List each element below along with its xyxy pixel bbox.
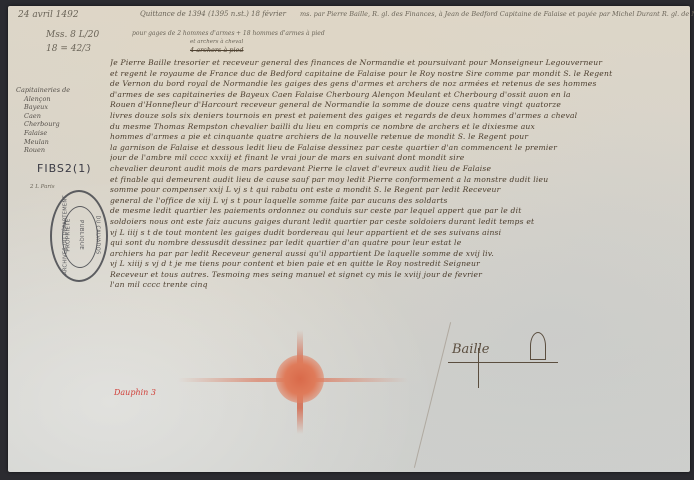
manuscript-line: archiers ha par par ledit Receveur gener… xyxy=(110,249,680,260)
manuscript-line: l'an mil cccc trente cinq xyxy=(110,280,680,291)
manuscript-line: de Vernon du bord royal de Normandie les… xyxy=(110,79,680,90)
signature-flourish xyxy=(448,362,558,363)
manuscript-line: Je Pierre Baille tresorier et receveur g… xyxy=(110,58,680,69)
manuscript-line: vj L xiiij s vj d t je me tiens pour con… xyxy=(110,259,680,270)
manuscript-line: livres douze sols six deniers tournois e… xyxy=(110,111,680,122)
shelf-mark-2: 18 = 42/3 xyxy=(46,44,91,54)
stamp-text-right: DU CALVADOS xyxy=(95,215,101,254)
margin-list-item: Cherbourg xyxy=(16,120,70,129)
signature-paraph xyxy=(530,332,546,360)
reference-annotation: Quittance de 1394 (1395 n.st.) 18 févrie… xyxy=(140,10,286,18)
shelf-mark-1: Mss. 8 L/20 xyxy=(46,30,99,40)
manuscript-line: somme pour compenser xxij L vj s t qui r… xyxy=(110,185,680,196)
sub-annotation-3: et archers à cheval xyxy=(190,39,243,45)
manuscript-line: hommes d'armes a pie et cinquante quatre… xyxy=(110,132,680,143)
margin-list-item: Caen xyxy=(16,112,70,121)
archive-stamp: ARCHIVES DU DÉPARTEMENT DU CALVADOS PROP… xyxy=(50,190,108,282)
red-annotation: Dauphin 3 xyxy=(114,388,156,397)
margin-list-item: Falaise xyxy=(16,129,70,138)
sub-annotation-2: + 18 hommes d'armes à pied xyxy=(236,30,325,37)
manuscript-line: du mesme Thomas Rempston chevalier baill… xyxy=(110,122,680,133)
header-annotation: ms. par Pierre Baille, R. gl. des Financ… xyxy=(300,10,694,18)
margin-list-heading: Capitaineries de xyxy=(16,86,70,95)
margin-list-item: Meulan xyxy=(16,138,70,147)
manuscript-line: general de l'office de xiij L vj s t pou… xyxy=(110,196,680,207)
manuscript-line: d'armes de ses capitaineries de Bayeux C… xyxy=(110,90,680,101)
small-note: 2 L Paris xyxy=(30,184,55,190)
manuscript-line: chevalier deuront audit mois de mars par… xyxy=(110,164,680,175)
manuscript-line: de mesme ledit quartier les paiements or… xyxy=(110,206,680,217)
stamp-text-inner-2: PUBLIQUE xyxy=(78,220,84,250)
catalog-number: FIBS2(1) xyxy=(37,162,92,175)
wax-seal xyxy=(276,355,324,403)
signature: Baille xyxy=(452,342,489,357)
margin-list-item: Alençon xyxy=(16,95,70,104)
sub-annotation-4: 4 archers à pied xyxy=(190,46,244,54)
margin-list-item: Bayeux xyxy=(16,103,70,112)
manuscript-line: soldoiers nous ont este faiz aucuns gaig… xyxy=(110,217,680,228)
margin-list-item: Rouen xyxy=(16,146,70,155)
manuscript-line: Receveur et tous autres. Tesmoing mes se… xyxy=(110,270,680,281)
manuscript-line: jour de l'ambre mil cccc xxxiij et finan… xyxy=(110,153,680,164)
sub-annotation-1: pour gages de 2 hommes d'armes xyxy=(132,30,235,37)
stamp-text-inner-1: PROPRIÉTÉ xyxy=(66,218,72,251)
manuscript-line: vj L iiij s t de tout montent les gaiges… xyxy=(110,228,680,239)
manuscript-line: la garnison de Falaise et dessous ledit … xyxy=(110,143,680,154)
manuscript-body: Je Pierre Baille tresorier et receveur g… xyxy=(110,58,680,291)
manuscript-line: qui sont du nombre dessusdit dessinez pa… xyxy=(110,238,680,249)
margin-list: Capitaineries de Alençon Bayeux Caen Che… xyxy=(16,86,70,155)
manuscript-line: et regent le royaume de France duc de Be… xyxy=(110,69,680,80)
manuscript-line: et finable qui demeurent audit lieu de c… xyxy=(110,175,680,186)
date-annotation: 24 avril 1492 xyxy=(18,10,79,20)
signature-stroke xyxy=(478,348,479,388)
manuscript-line: Rouen d'Honnefleur d'Harcourt receveur g… xyxy=(110,100,680,111)
